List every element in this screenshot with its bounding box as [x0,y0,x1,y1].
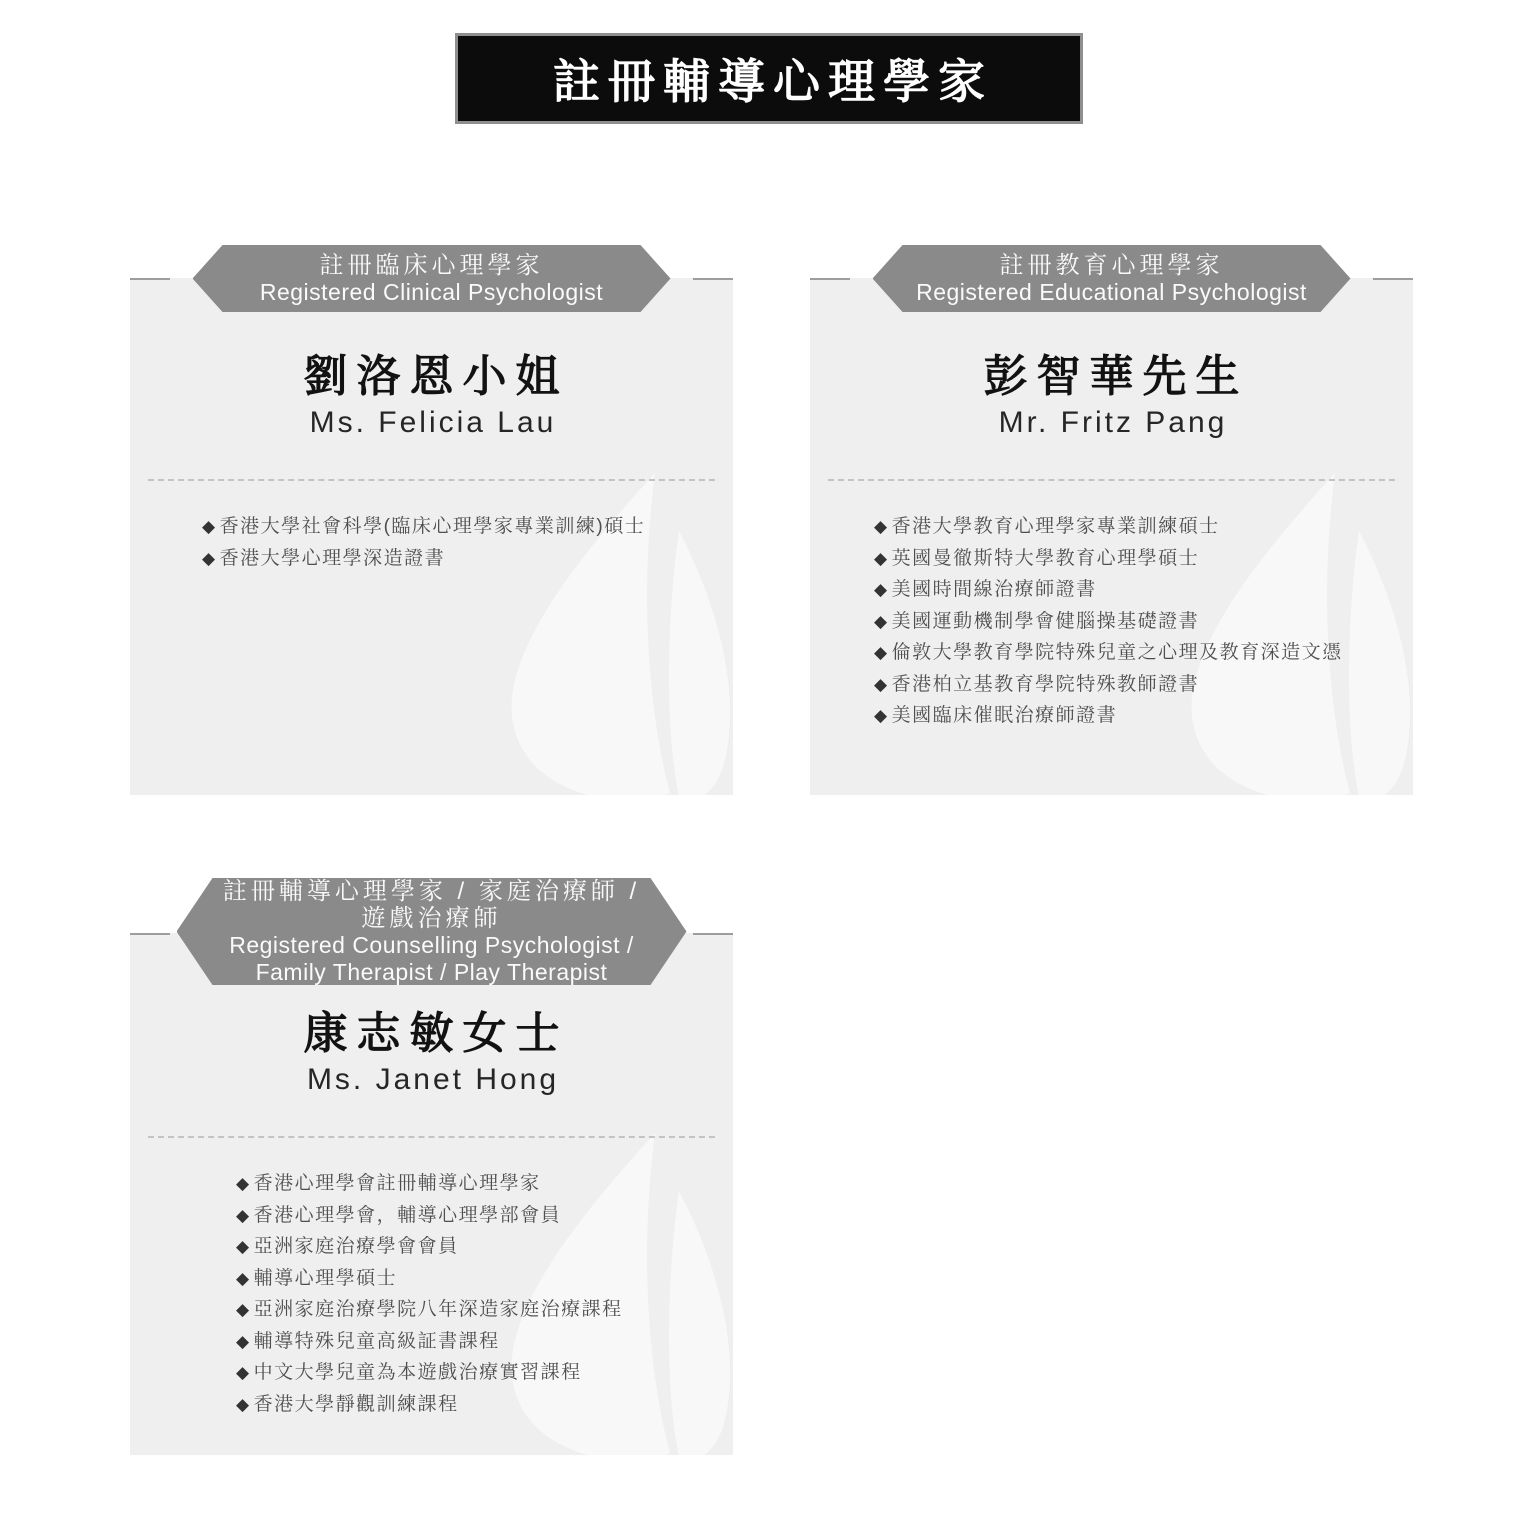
qualification-text: 美國臨床催眠治療師證書 [892,705,1118,726]
qualification-text: 香港大學心理學深造證書 [220,548,446,569]
card-body: 康志敏女士 Ms. Janet Hong ◆香港心理學會註冊輔導心理學家◆香港心… [130,933,733,1455]
qualification-item: ◆美國臨床催眠治療師證書 [874,700,1413,732]
qualification-item: ◆倫敦大學教育學院特殊兒童之心理及教育深造文憑 [874,637,1413,669]
page-title-banner: 註冊輔導心理學家 [455,33,1083,124]
ribbon-title-zh: 註冊教育心理學家 [1000,252,1224,279]
qualification-text: 亞洲家庭治療學會會員 [254,1236,459,1257]
qualification-item: ◆香港大學心理學深造證書 [202,543,733,575]
ribbon-title-en: Registered Educational Psychologist [916,279,1307,306]
ribbon-title-en: Registered Counselling Psychologist / Fa… [229,932,634,986]
title-ribbon: 註冊臨床心理學家 Registered Clinical Psychologis… [193,245,671,312]
diamond-bullet-icon: ◆ [236,1363,251,1382]
qualification-text: 香港大學靜觀訓練課程 [254,1394,459,1415]
qualification-item: ◆亞洲家庭治療學會會員 [236,1231,733,1263]
qualification-item: ◆中文大學兒童為本遊戲治療實習課程 [236,1357,733,1389]
page-title: 註冊輔導心理學家 [545,45,993,112]
title-ribbon: 註冊教育心理學家 Registered Educational Psycholo… [873,245,1351,312]
diamond-bullet-icon: ◆ [236,1237,251,1256]
qualification-item: ◆香港心理學會，輔導心理學部會員 [236,1200,733,1232]
psychologist-card-counselling: 註冊輔導心理學家 / 家庭治療師 / 遊戲治療師 Registered Coun… [130,878,733,1455]
dashed-divider [828,479,1395,481]
psychologist-card-educational: 註冊教育心理學家 Registered Educational Psycholo… [810,245,1413,795]
qualification-text: 中文大學兒童為本遊戲治療實習課程 [254,1362,582,1383]
dashed-divider [148,1136,715,1138]
top-edge-line-right [693,933,733,935]
diamond-bullet-icon: ◆ [874,675,889,694]
top-edge-line-right [1373,278,1413,280]
qualification-text: 亞洲家庭治療學院八年深造家庭治療課程 [254,1299,623,1320]
qualification-item: ◆香港大學教育心理學家專業訓練碩士 [874,511,1413,543]
poster-page: 註冊輔導心理學家 註冊臨床心理學家 Registered Clinical Ps… [0,0,1534,1536]
diamond-bullet-icon: ◆ [874,706,889,725]
qualification-item: ◆香港柏立基教育學院特殊教師證書 [874,669,1413,701]
qualification-text: 美國運動機制學會健腦操基礎證書 [892,611,1200,632]
qualification-text: 輔導特殊兒童高級証書課程 [254,1331,500,1352]
psychologist-name-en: Ms. Felicia Lau [130,405,733,441]
top-edge-line-left [810,278,850,280]
ribbon-title-en: Registered Clinical Psychologist [260,279,603,306]
qualification-text: 英國曼徹斯特大學教育心理學碩士 [892,548,1200,569]
ribbon-title-zh: 註冊輔導心理學家 / 家庭治療師 / 遊戲治療師 [223,878,640,932]
top-edge-line-right [693,278,733,280]
qualification-text: 香港心理學會，輔導心理學部會員 [254,1205,562,1226]
diamond-bullet-icon: ◆ [874,612,889,631]
dashed-divider [148,479,715,481]
top-edge-line-left [130,278,170,280]
qualification-text: 香港心理學會註冊輔導心理學家 [254,1173,541,1194]
diamond-bullet-icon: ◆ [236,1174,251,1193]
diamond-bullet-icon: ◆ [202,549,217,568]
qualification-text: 香港柏立基教育學院特殊教師證書 [892,674,1200,695]
qualification-list: ◆香港心理學會註冊輔導心理學家◆香港心理學會，輔導心理學部會員◆亞洲家庭治療學會… [130,1168,733,1420]
qualification-item: ◆亞洲家庭治療學院八年深造家庭治療課程 [236,1294,733,1326]
qualification-text: 倫敦大學教育學院特殊兒童之心理及教育深造文憑 [892,642,1343,663]
ribbon-title-zh: 註冊臨床心理學家 [320,252,544,279]
qualification-text: 輔導心理學碩士 [254,1268,398,1289]
qualification-item: ◆英國曼徹斯特大學教育心理學碩士 [874,543,1413,575]
qualification-text: 香港大學社會科學(臨床心理學家專業訓練)碩士 [220,516,646,537]
qualification-item: ◆香港心理學會註冊輔導心理學家 [236,1168,733,1200]
diamond-bullet-icon: ◆ [874,643,889,662]
qualification-text: 香港大學教育心理學家專業訓練碩士 [892,516,1220,537]
diamond-bullet-icon: ◆ [236,1300,251,1319]
diamond-bullet-icon: ◆ [236,1332,251,1351]
qualification-item: ◆香港大學靜觀訓練課程 [236,1389,733,1421]
qualification-list: ◆香港大學社會科學(臨床心理學家專業訓練)碩士◆香港大學心理學深造證書 [130,511,733,574]
psychologist-card-clinical: 註冊臨床心理學家 Registered Clinical Psychologis… [130,245,733,795]
psychologist-name-zh: 康志敏女士 [130,1009,733,1059]
diamond-bullet-icon: ◆ [874,549,889,568]
qualification-item: ◆美國運動機制學會健腦操基礎證書 [874,606,1413,638]
qualification-item: ◆輔導心理學碩士 [236,1263,733,1295]
diamond-bullet-icon: ◆ [874,580,889,599]
qualification-item: ◆輔導特殊兒童高級証書課程 [236,1326,733,1358]
title-ribbon: 註冊輔導心理學家 / 家庭治療師 / 遊戲治療師 Registered Coun… [177,878,687,985]
psychologist-name-en: Ms. Janet Hong [130,1062,733,1098]
psychologist-name-zh: 劉洛恩小姐 [130,352,733,402]
qualification-list: ◆香港大學教育心理學家專業訓練碩士◆英國曼徹斯特大學教育心理學碩士◆美國時間線治… [810,511,1413,732]
diamond-bullet-icon: ◆ [236,1269,251,1288]
diamond-bullet-icon: ◆ [236,1206,251,1225]
card-body: 劉洛恩小姐 Ms. Felicia Lau ◆香港大學社會科學(臨床心理學家專業… [130,278,733,795]
qualification-text: 美國時間線治療師證書 [892,579,1097,600]
psychologist-name-zh: 彭智華先生 [810,352,1413,402]
psychologist-name-en: Mr. Fritz Pang [810,405,1413,441]
diamond-bullet-icon: ◆ [874,517,889,536]
diamond-bullet-icon: ◆ [236,1395,251,1414]
top-edge-line-left [130,933,170,935]
qualification-item: ◆美國時間線治療師證書 [874,574,1413,606]
qualification-item: ◆香港大學社會科學(臨床心理學家專業訓練)碩士 [202,511,733,543]
diamond-bullet-icon: ◆ [202,517,217,536]
card-body: 彭智華先生 Mr. Fritz Pang ◆香港大學教育心理學家專業訓練碩士◆英… [810,278,1413,795]
